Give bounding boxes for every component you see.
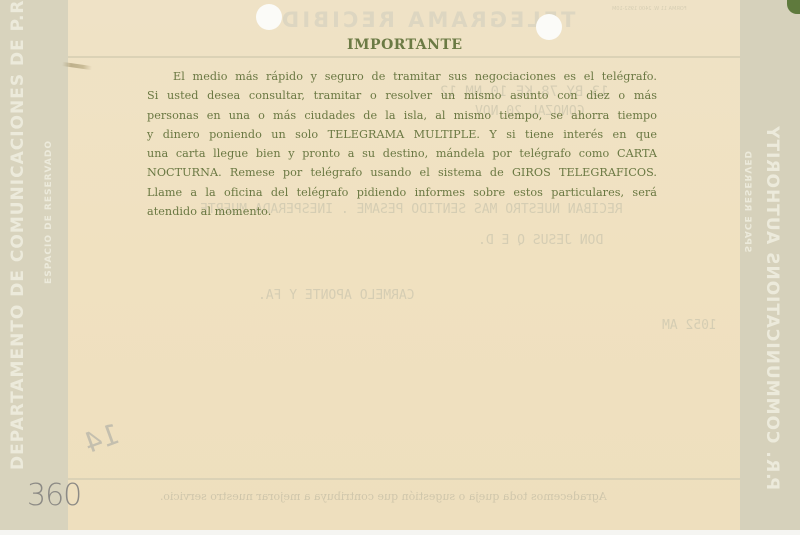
body-line: atendido al momento. bbox=[147, 202, 657, 221]
body-line: Llame a la oficina del telégrafo pidiend… bbox=[147, 183, 657, 202]
handwritten-number: 360 bbox=[27, 478, 81, 513]
top-rule bbox=[68, 56, 740, 58]
typed-bleed-line6: 1052 AM bbox=[662, 318, 717, 333]
right-strip-sub-text: SPACE RESERVED bbox=[742, 150, 752, 252]
body-line: y dinero poniendo un solo TELEGRAMA MULT… bbox=[147, 125, 657, 144]
body-line: NOCTURNA. Remese por telégrafo usando el… bbox=[147, 163, 657, 182]
footer-bleed-text: Agradecemos toda queja o sugestión que c… bbox=[160, 490, 607, 503]
right-strip-main-text: P.R. COMMUNICATIONS AUTHORITY bbox=[762, 50, 782, 490]
body-line: Si usted desea consultar, tramitar o res… bbox=[147, 86, 657, 105]
typed-bleed-line5: CARMELO APONTE Y FA. bbox=[258, 288, 415, 303]
bottom-rule bbox=[68, 478, 740, 480]
typed-bleed-line4: DON JESUS Q E D. bbox=[478, 233, 603, 248]
notice-title: IMPORTANTE bbox=[347, 37, 463, 53]
body-line: una carta llegue bien y pronto a su dest… bbox=[147, 144, 657, 163]
notice-body: El medio más rápido y seguro de tramitar… bbox=[147, 67, 657, 221]
right-reserved-strip: P.R. COMMUNICATIONS AUTHORITY SPACE RESE… bbox=[740, 0, 800, 530]
scan-bottom-edge bbox=[0, 530, 800, 535]
punch-hole-right bbox=[536, 14, 562, 40]
form-number-bleed: FORMA 11 W. 2400 1952-10M bbox=[612, 6, 687, 12]
header-bleed-text: TELEGRAMA RECIBIDO bbox=[258, 8, 575, 32]
body-line: personas en una o más ciudades de la isl… bbox=[147, 106, 657, 125]
left-reserved-strip: DEPARTAMENTO DE COMUNICACIONES DE P.R. E… bbox=[0, 0, 68, 530]
body-line: El medio más rápido y seguro de tramitar… bbox=[147, 67, 657, 86]
punch-hole-left bbox=[256, 4, 282, 30]
left-strip-main-text: DEPARTAMENTO DE COMUNICACIONES DE P.R. bbox=[8, 60, 28, 470]
left-strip-sub-text: ESPACIO DE RESERVADO bbox=[44, 140, 54, 284]
